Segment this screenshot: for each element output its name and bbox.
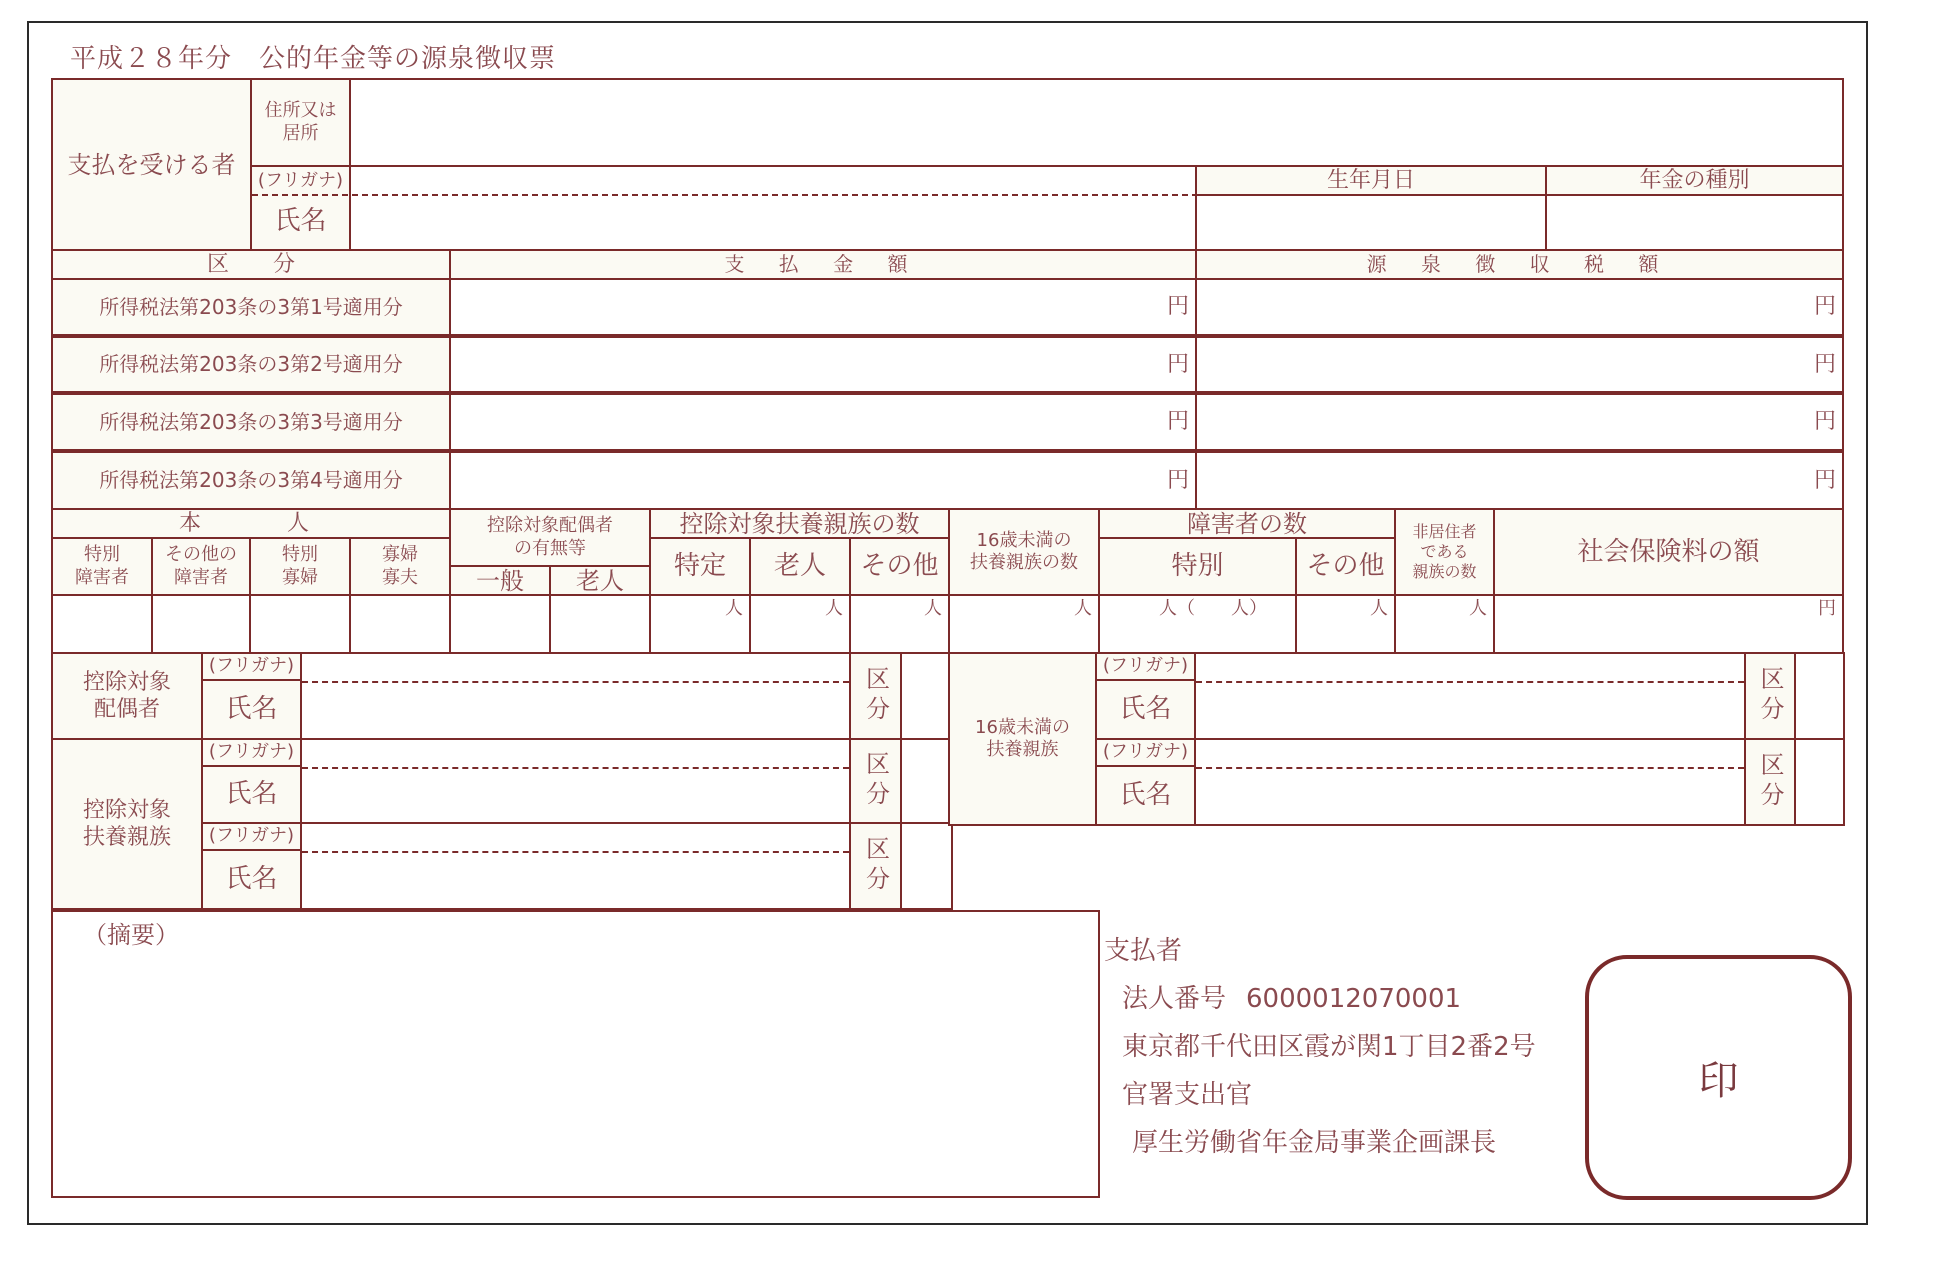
withholding-tax-field[interactable]: 円 bbox=[1195, 278, 1844, 336]
payment-amount-header: 支 払 金 額 bbox=[449, 249, 1197, 280]
yen-unit: 円 bbox=[1814, 293, 1836, 321]
under16-header-line2: 扶養親族の数 bbox=[970, 552, 1078, 575]
dependents-other-field[interactable]: 人 bbox=[849, 594, 950, 654]
spouse-header: 控除対象配偶者 の有無等 bbox=[449, 508, 651, 567]
yen-unit: 円 bbox=[1167, 467, 1189, 495]
disabled-col-special: 特別 bbox=[1098, 537, 1297, 596]
recipient-furigana-label: (フリガナ) bbox=[250, 165, 351, 195]
self-col-special-widow: 特別 寡婦 bbox=[249, 537, 351, 596]
nonresident-relatives-header: 非居住者 である 親族の数 bbox=[1394, 508, 1495, 596]
dependent-category-field[interactable] bbox=[900, 738, 953, 824]
disabled-count-header: 障害者の数 bbox=[1098, 508, 1396, 539]
dependents-col-other: その他 bbox=[849, 537, 950, 596]
dependent-furigana-label: (フリガナ) bbox=[201, 822, 302, 851]
yen-unit: 円 bbox=[1814, 351, 1836, 379]
address-label-line1: 住所又は bbox=[265, 100, 337, 123]
payer-name: 厚生労働省年金局事業企画課長 bbox=[1132, 1122, 1496, 1159]
under16-name-label: 氏名 bbox=[1095, 679, 1196, 740]
self-col-2-line1: その他の bbox=[165, 544, 237, 567]
spouse-general-field[interactable] bbox=[449, 594, 551, 654]
spouse-header-line1: 控除対象配偶者 bbox=[487, 515, 613, 538]
address-label: 住所又は 居所 bbox=[250, 78, 351, 167]
furigana-divider bbox=[1196, 767, 1744, 769]
self-special-widow-field[interactable] bbox=[249, 594, 351, 654]
spouse-name-label: 氏名 bbox=[201, 679, 302, 740]
disabled-col-other: その他 bbox=[1295, 537, 1396, 596]
disabled-other-field[interactable]: 人 bbox=[1295, 594, 1396, 654]
under16-category-label: 区分 bbox=[1744, 652, 1796, 740]
under16-name-field[interactable] bbox=[1194, 652, 1746, 740]
document-title: 平成２８年分 公的年金等の源泉徴収票 bbox=[70, 38, 556, 75]
spouse-furigana-label: (フリガナ) bbox=[201, 652, 302, 681]
spouse-name-field[interactable] bbox=[300, 652, 851, 740]
social-insurance-header: 社会保険料の額 bbox=[1493, 508, 1844, 596]
birthdate-field[interactable] bbox=[1195, 194, 1547, 251]
dependent-name-label: 氏名 bbox=[201, 849, 302, 910]
under16-furigana-label: (フリガナ) bbox=[1095, 738, 1196, 767]
dependent-label-line2: 扶養親族 bbox=[83, 824, 171, 852]
dependents-specific-field[interactable]: 人 bbox=[649, 594, 751, 654]
under16-label-line2: 扶養親族 bbox=[987, 739, 1059, 762]
withholding-tax-header: 源 泉 徴 収 税 額 bbox=[1195, 249, 1844, 280]
under16-count-header: 16歳未満の 扶養親族の数 bbox=[948, 508, 1100, 596]
category-row-label: 所得税法第203条の3第2号適用分 bbox=[51, 336, 451, 393]
remarks-label: （摘要） bbox=[83, 920, 179, 950]
recipient-name-field[interactable] bbox=[349, 194, 1197, 251]
dependents-count-header: 控除対象扶養親族の数 bbox=[649, 508, 950, 539]
dependent-name-label: 氏名 bbox=[201, 765, 302, 824]
category-row-label: 所得税法第203条の3第4号適用分 bbox=[51, 451, 451, 510]
under16-section-label: 16歳未満の 扶養親族 bbox=[948, 652, 1097, 826]
recipient-furigana-field[interactable] bbox=[349, 165, 1197, 195]
under16-label-line1: 16歳未満の bbox=[975, 717, 1070, 740]
self-widow-widower-field[interactable] bbox=[349, 594, 451, 654]
yen-unit: 円 bbox=[1814, 408, 1836, 436]
self-col-widow-widower: 寡婦 寡夫 bbox=[349, 537, 451, 596]
payer-title: 官署支出官 bbox=[1122, 1074, 1252, 1111]
birthdate-label: 生年月日 bbox=[1195, 165, 1547, 196]
under16-category-field[interactable] bbox=[1794, 738, 1845, 826]
dependent-label-line1: 控除対象 bbox=[83, 797, 171, 825]
self-other-disabled-field[interactable] bbox=[151, 594, 251, 654]
nonresident-relatives-field[interactable]: 人 bbox=[1394, 594, 1495, 654]
self-col-3-line1: 特別 bbox=[282, 544, 318, 567]
spouse-elderly-field[interactable] bbox=[549, 594, 651, 654]
under16-furigana-label: (フリガナ) bbox=[1095, 652, 1196, 681]
under16-count-field[interactable]: 人 bbox=[948, 594, 1100, 654]
spouse-category-label: 区分 bbox=[849, 652, 902, 740]
spouse-section-label: 控除対象 配偶者 bbox=[51, 652, 203, 740]
dependent-section-label: 控除対象 扶養親族 bbox=[51, 738, 203, 910]
withholding-tax-field[interactable]: 円 bbox=[1195, 393, 1844, 451]
category-row-label: 所得税法第203条の3第3号適用分 bbox=[51, 393, 451, 451]
nonresident-header-line2: である bbox=[1420, 542, 1468, 562]
recipient-section-label: 支払を受ける者 bbox=[51, 78, 252, 251]
seal-box: 印 bbox=[1585, 955, 1852, 1200]
dependents-elderly-field[interactable]: 人 bbox=[749, 594, 851, 654]
payer-address: 東京都千代田区霞が関1丁目2番2号 bbox=[1122, 1026, 1536, 1063]
spouse-label-line1: 控除対象 bbox=[83, 669, 171, 697]
payment-amount-field[interactable]: 円 bbox=[449, 451, 1197, 510]
corporate-number-label: 法人番号 bbox=[1122, 984, 1226, 1014]
yen-unit: 円 bbox=[1167, 351, 1189, 379]
address-field[interactable] bbox=[349, 78, 1844, 167]
withholding-tax-field[interactable]: 円 bbox=[1195, 336, 1844, 393]
dependent-furigana-label: (フリガナ) bbox=[201, 738, 302, 767]
self-col-2-line2: 障害者 bbox=[174, 567, 228, 590]
spouse-col-general: 一般 bbox=[449, 565, 551, 596]
nonresident-header-line1: 非居住者 bbox=[1412, 522, 1476, 542]
self-col-1-line2: 障害者 bbox=[75, 567, 129, 590]
category-header: 区 分 bbox=[51, 249, 451, 280]
dependents-col-elderly: 老人 bbox=[749, 537, 851, 596]
seal-label: 印 bbox=[1699, 1049, 1739, 1106]
under16-name-field[interactable] bbox=[1194, 738, 1746, 826]
social-insurance-field[interactable]: 円 bbox=[1493, 594, 1844, 654]
pension-type-label: 年金の種別 bbox=[1545, 165, 1844, 196]
self-col-4-line1: 寡婦 bbox=[382, 544, 418, 567]
disabled-special-field[interactable]: 人（ 人） bbox=[1098, 594, 1297, 654]
yen-unit: 円 bbox=[1167, 408, 1189, 436]
payer-label: 支払者 bbox=[1104, 930, 1182, 967]
dependent-category-field[interactable] bbox=[900, 822, 953, 910]
pension-type-field[interactable] bbox=[1545, 194, 1844, 251]
payment-amount-field[interactable]: 円 bbox=[449, 278, 1197, 336]
spouse-category-field[interactable] bbox=[900, 652, 953, 740]
category-row-label: 所得税法第203条の3第1号適用分 bbox=[51, 278, 451, 336]
corporate-number: 6000012070001 bbox=[1246, 984, 1461, 1014]
dependents-col-specific: 特定 bbox=[649, 537, 751, 596]
spouse-header-line2: の有無等 bbox=[514, 538, 586, 561]
under16-header-line1: 16歳未満の bbox=[977, 530, 1072, 553]
under16-category-field[interactable] bbox=[1794, 652, 1845, 740]
nonresident-header-line3: 親族の数 bbox=[1412, 562, 1476, 582]
payment-amount-field[interactable]: 円 bbox=[449, 336, 1197, 393]
furigana-divider bbox=[302, 851, 849, 853]
dependent-category-label: 区分 bbox=[849, 822, 902, 910]
self-col-3-line2: 寡婦 bbox=[282, 567, 318, 590]
yen-unit: 円 bbox=[1814, 467, 1836, 495]
self-col-other-disabled: その他の 障害者 bbox=[151, 537, 251, 596]
furigana-divider bbox=[302, 767, 849, 769]
dependent-name-field[interactable] bbox=[300, 822, 851, 910]
under16-category-label: 区分 bbox=[1744, 738, 1796, 826]
dependent-category-label: 区分 bbox=[849, 738, 902, 824]
yen-unit: 円 bbox=[1167, 293, 1189, 321]
address-label-line2: 居所 bbox=[283, 123, 319, 146]
self-col-special-disabled: 特別 障害者 bbox=[51, 537, 153, 596]
payment-amount-field[interactable]: 円 bbox=[449, 393, 1197, 451]
self-col-1-line1: 特別 bbox=[84, 544, 120, 567]
dependent-name-field[interactable] bbox=[300, 738, 851, 824]
furigana-divider bbox=[302, 681, 849, 683]
self-header: 本 人 bbox=[51, 508, 451, 539]
self-special-disabled-field[interactable] bbox=[51, 594, 153, 654]
recipient-name-label: 氏名 bbox=[250, 194, 351, 251]
spouse-label-line2: 配偶者 bbox=[94, 696, 160, 724]
remarks-box[interactable]: （摘要） bbox=[51, 910, 1100, 1198]
under16-name-label: 氏名 bbox=[1095, 765, 1196, 826]
self-col-4-line2: 寡夫 bbox=[382, 567, 418, 590]
spouse-col-elderly: 老人 bbox=[549, 565, 651, 596]
furigana-divider bbox=[1196, 681, 1744, 683]
payer-corporate-number-line: 法人番号6000012070001 bbox=[1122, 978, 1461, 1015]
withholding-tax-field[interactable]: 円 bbox=[1195, 451, 1844, 510]
